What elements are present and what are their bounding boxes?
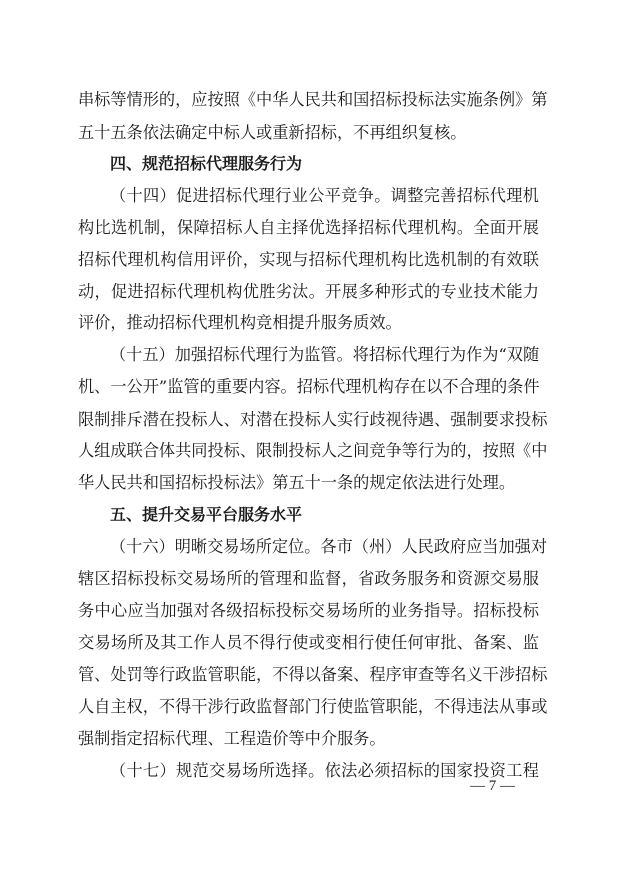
text-line: （十四）促进招标代理行业公平竞争。调整完善招标代理机 (110, 180, 539, 212)
text-line: 串标等情形的，应按照《中华人民共和国招标投标法实施条例》第 (78, 84, 539, 116)
section-heading: 五、提升交易平台服务水平 (110, 499, 539, 531)
text-line: 管、处罚等行政监管职能，不得以备案、程序审查等名义干涉招标 (78, 659, 539, 691)
text-line: 机、一公开”监管的重要内容。招标代理机构存在以不合理的条件 (78, 371, 539, 403)
text-line: 交易场所及其工作人员不得行使或变相行使任何审批、备案、监 (78, 627, 539, 659)
section-heading: 四、规范招标代理服务行为 (110, 148, 539, 180)
text-line: 评价，推动招标代理机构竞相提升服务质效。 (78, 307, 539, 339)
text-line: 华人民共和国招标投标法》第五十一条的规定依法进行处理。 (78, 467, 539, 499)
text-line: 五十五条依法确定中标人或重新招标，不再组织复核。 (78, 117, 539, 149)
text-line: 务中心应当加强对各级招标投标交易场所的业务指导。招标投标 (78, 595, 539, 627)
text-line: 动，促进招标代理机构优胜劣汰。开展多种形式的专业技术能力 (78, 276, 539, 308)
page-number: — 7 — (470, 772, 550, 800)
text-line: 强制指定招标代理、工程造价等中介服务。 (78, 723, 539, 755)
text-line: 招标代理机构信用评价，实现与招标代理机构比选机制的有效联 (78, 244, 539, 276)
text-line: 人自主权，不得干涉行政监督部门行使监管职能，不得违法从事或 (78, 691, 539, 723)
text-line: 人组成联合体共同投标、限制投标人之间竞争等行为的，按照《中 (78, 435, 539, 467)
document-page: 串标等情形的，应按照《中华人民共和国招标投标法实施条例》第五十五条依法确定中标人… (0, 0, 617, 872)
text-line: 限制排斥潜在投标人、对潜在投标人实行歧视待遇、强制要求投标 (78, 404, 539, 436)
text-line: （十六）明晰交易场所定位。各市（州）人民政府应当加强对 (110, 531, 539, 563)
text-line: 构比选机制，保障招标人自主择优选择招标代理机构。全面开展 (78, 212, 539, 244)
text-line: （十五）加强招标代理行为监管。将招标代理行为作为“双随 (110, 339, 539, 371)
text-line: 辖区招标投标交易场所的管理和监督，省政务服务和资源交易服 (78, 563, 539, 595)
